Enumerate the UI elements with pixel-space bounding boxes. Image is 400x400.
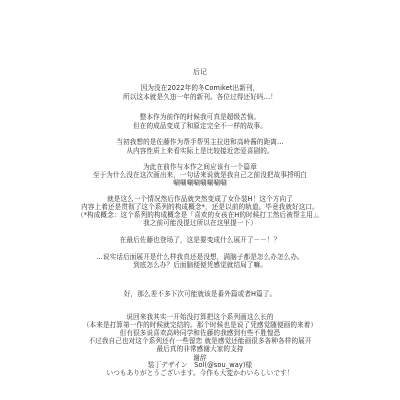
paragraph-line: 但有很多说喜欢高岭同学和佐藤的我感到有些不胜惶恐: [0, 329, 400, 337]
paragraph-line: 好，那么差不多下次可能就该是番外篇或者H篇了。: [0, 290, 400, 298]
paragraph-line: （本来是打算第一作的时候就完结的。那个时候也是说了凭感觉随便画的来着）: [0, 321, 400, 329]
paragraph-line: 整本作为前作的时候我可真是超级苦恼。: [0, 113, 400, 121]
paragraph-line: （*构成概念：这个系列的构成概念是「喜欢的女孩在H的时候打工然后被帮主用」。: [0, 211, 400, 219]
paragraph-line: 为此在前作与本作之间应该有一个篇章: [0, 163, 400, 171]
paragraph-line: 在最后佐藤也登场了，这是要变成什么展开了－－！？: [0, 236, 400, 244]
paragraph-line: 不过我自己也对这个系列还有一些留恋 就是感觉还能画很多各种各样的展开: [0, 337, 400, 345]
paragraph-line: 所以这本就是久违一年的新刊。各位过得还好吗…！: [0, 93, 400, 101]
paragraph-line: 当初我想的是佐藤作为帮手帮男主拉进和高岭酱的距离…: [0, 138, 400, 146]
paragraph-line: 说回来我其实一开始没打算把这个系列画这么长的: [0, 313, 400, 321]
paragraph-line: 唰唰唰唰唰唰唰唰: [0, 179, 400, 187]
paragraph-line: 至于为什么没在这次画出来，一句话来说就是我自己之前没把故事捋明白: [0, 171, 400, 179]
paragraph-line: 从内容性质上来看实际上是比较接近恋爱喜剧的。: [0, 147, 400, 155]
paragraph-line: 我之前可能没提过所以在这里提一下）: [0, 219, 400, 227]
afterword-page: 后记 因为没在2022年的冬Comiket出新刊， 所以这本就是久违一年的新刊。…: [0, 0, 400, 400]
paragraph-line: 但在的成品变成了和原定完全不一样的故事。: [0, 122, 400, 130]
paragraph-line: 就是这么一个情况然后作品就突然变成了女仆装H！这个方向了: [0, 195, 400, 203]
paragraph-line: 因为没在2022年的冬Comiket出新刊，: [0, 84, 400, 92]
paragraph-line: 内容上着还是贯彻了这个系列的构成概念*，还是以前的轨道。毕竟我就好这口。: [0, 203, 400, 211]
paragraph-line: …说实话后面展开是什么样我真还是没想，满脑子都是怎么办怎么办。: [0, 253, 400, 261]
acknowledgement-message: いつもありがとうございます。今作も大変かわいらしいです！: [0, 369, 400, 377]
page-title: 后记: [0, 68, 400, 76]
acknowledgement-credit: 装丁デザイン Sol(@sou_way)様: [0, 361, 400, 369]
paragraph-line: 到底怎么办？后面脑便便凭感觉就结局了嘛。: [0, 261, 400, 269]
paragraph-line: 最后真的非常感谢大家的支持: [0, 345, 400, 353]
